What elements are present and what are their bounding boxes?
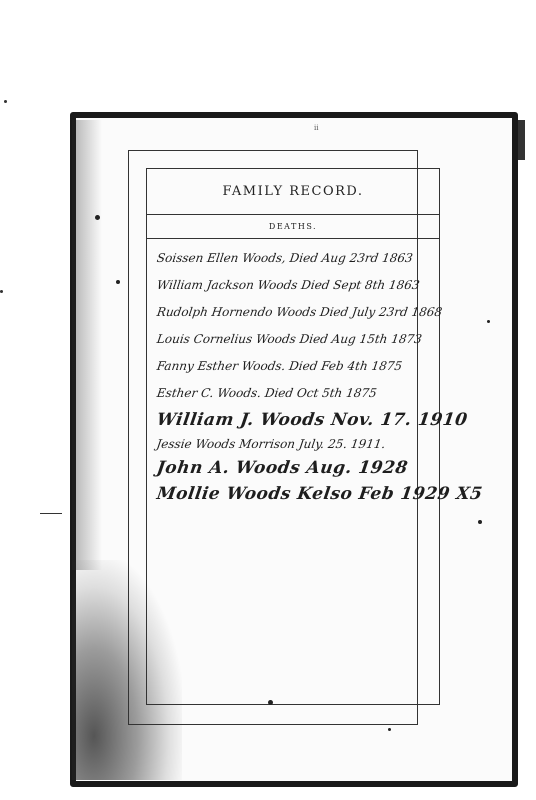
section-heading-box: DEATHS. (146, 215, 440, 239)
scan-speck (487, 320, 490, 323)
death-entry: Mollie Woods Kelso Feb 1929 X5 (155, 481, 459, 507)
section-heading: DEATHS. (269, 222, 317, 231)
scan-mark (40, 513, 62, 514)
death-entry: William J. Woods Nov. 17. 1910 (155, 407, 459, 433)
death-entry: Rudolph Hornendo Woods Died July 23rd 18… (155, 299, 459, 326)
record-title-box: FAMILY RECORD. (146, 168, 440, 215)
scan-speck (4, 100, 7, 103)
scan-speck (388, 728, 391, 731)
scan-speck (116, 280, 120, 284)
death-entry: John A. Woods Aug. 1928 (155, 455, 459, 481)
scan-speck (0, 290, 3, 293)
death-entry: Soissen Ellen Woods, Died Aug 23rd 1863 (155, 245, 459, 272)
death-entries-list: Soissen Ellen Woods, Died Aug 23rd 1863 … (155, 245, 455, 507)
scan-speck (95, 215, 100, 220)
death-entry: William Jackson Woods Died Sept 8th 1863 (155, 272, 459, 299)
death-entry: Fanny Esther Woods. Died Feb 4th 1875 (155, 353, 459, 380)
scan-speck (478, 520, 482, 524)
scan-speck (268, 700, 273, 705)
death-entry: Esther C. Woods. Died Oct 5th 1875 (155, 380, 459, 407)
death-entry: Jessie Woods Morrison July. 25. 1911. (155, 433, 458, 455)
page-stain-left (72, 120, 102, 570)
page-edge-tab (518, 120, 525, 160)
page-number: ii (314, 124, 318, 132)
death-entry: Louis Cornelius Woods Died Aug 15th 1873 (155, 326, 459, 353)
record-title: FAMILY RECORD. (222, 184, 363, 199)
